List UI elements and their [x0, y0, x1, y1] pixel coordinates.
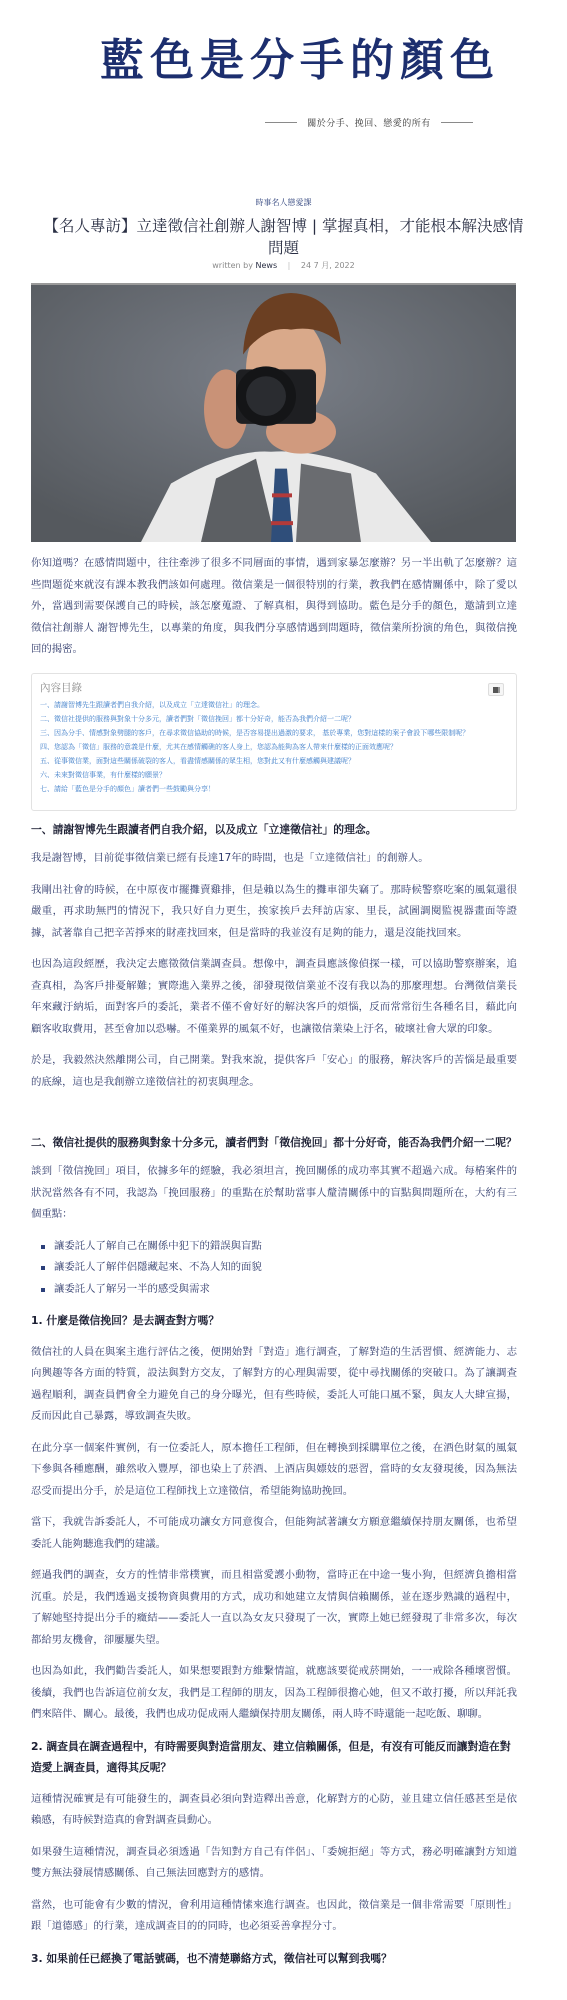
toc-item: 六、未來對徵信事業，有什麼樣的願景？ — [40, 768, 508, 782]
toc-toggle-icon — [493, 687, 500, 693]
post-meta: written by News | 24 7 月, 2022 — [0, 260, 567, 271]
toc-link-7[interactable]: 七、請給「藍色是分手的顏色」讀者們一些鼓勵與分享！ — [40, 785, 215, 793]
section-1: 一、請謝智博先生跟讀者們自我介紹，以及成立「立達徵信社」的理念。 我是謝智博，目… — [31, 820, 517, 1103]
paragraph: 當下，我就告訴委託人，不可能成功讓女方同意復合，但能夠試著讓女方願意繼續保持朋友… — [31, 1512, 517, 1555]
photo-man-with-camera — [31, 285, 516, 542]
site-tagline: 關於分手、挽回、戀愛的所有 — [307, 116, 431, 129]
paragraph: 在此分享一個案件實例，有一位委託人，原本擔任工程師，但在轉換到採購單位之後，在酒… — [31, 1438, 517, 1503]
paragraph: 於是，我毅然決然離開公司，自己開業。對我來說，提供客戶「安心」的服務，解決客戶的… — [31, 1050, 517, 1093]
toc-item: 七、請給「藍色是分手的顏色」讀者們一些鼓勵與分享！ — [40, 782, 508, 796]
paragraph: 徵信社的人員在與案主進行評估之後，便開始對「對造」進行調查，了解對造的生活習慣、… — [31, 1342, 517, 1428]
question-1-heading: 1. 什麼是徵信挽回？是去調查對方嗎？ — [31, 1310, 517, 1332]
toc-link-2[interactable]: 二、徵信社提供的服務與對象十分多元，讀者們對「徵信挽回」都十分好奇，能否為我們介… — [40, 715, 355, 723]
toc-link-1[interactable]: 一、請謝智博先生跟讀者們自我介紹，以及成立「立達徵信社」的理念。 — [40, 701, 264, 709]
site-logo[interactable]: 藍色是分手的顏色 — [100, 24, 480, 88]
toc-title: 內容目錄 — [40, 680, 508, 695]
toc-item: 二、徵信社提供的服務與對象十分多元，讀者們對「徵信挽回」都十分好奇，能否為我們介… — [40, 712, 508, 726]
paragraph: 談到「徵信挽回」項目，依據多年的經驗，我必須坦言，挽回關係的成功率其實不超過六成… — [31, 1161, 517, 1226]
paragraph: 我剛出社會的時候，在中原夜市擺攤賣雞排，但是賴以為生的攤車卻失竊了。那時候警察吃… — [31, 880, 517, 945]
written-by-label: written by — [212, 261, 253, 270]
post-category-link[interactable]: 時事名人戀愛課 — [0, 197, 567, 208]
meta-separator: | — [288, 261, 291, 270]
intro-paragraph: 你知道嗎？在感情問題中，往往牽涉了很多不同層面的事情，遇到家暴怎麼辦？另一半出軌… — [31, 553, 517, 661]
toc-link-4[interactable]: 四、您認為「徵信」服務的意義是什麼，尤其在感情觸礁的客人身上，您認為能夠為客人帶… — [40, 743, 397, 751]
toc-link-6[interactable]: 六、未來對徵信事業，有什麼樣的願景？ — [40, 771, 166, 779]
paragraph: 也因為如此，我們勸告委託人，如果想要跟對方維繫情誼，就應該要從戒菸開始，一一戒除… — [31, 1661, 517, 1726]
list-item: 讓委託人了解另一半的感受與需求 — [41, 1279, 517, 1301]
table-of-contents: 內容目錄 一、請謝智博先生跟讀者們自我介紹，以及成立「立達徵信社」的理念。 二、… — [31, 673, 517, 811]
question-3-heading: 3. 如果前任已經換了電話號碼，也不清楚聯絡方式，徵信社可以幫到我嗎？ — [31, 1948, 517, 1970]
key-points-list: 讓委託人了解自己在關係中犯下的錯誤與盲點 讓委託人了解伴侶隱藏起來、不為人知的面… — [41, 1236, 517, 1301]
site-header: 藍色是分手的顏色 關於分手、挽回、戀愛的所有 — [0, 0, 567, 140]
divider — [265, 122, 297, 123]
list-item: 讓委託人了解伴侶隱藏起來、不為人知的面貌 — [41, 1257, 517, 1279]
divider — [441, 122, 473, 123]
toc-link-3[interactable]: 三、因為分手、情感對象劈腿的客戶，在尋求徵信協助的時候，是否容易提出過激的要求，… — [40, 729, 469, 737]
post-date: 24 7 月, 2022 — [301, 261, 355, 270]
paragraph: 我是謝智博，目前從事徵信業已經有長達17年的時間，也是「立達徵信社」的創辦人。 — [31, 848, 517, 870]
toc-item: 四、您認為「徵信」服務的意義是什麼，尤其在感情觸礁的客人身上，您認為能夠為客人帶… — [40, 740, 508, 754]
toc-item: 五、從事徵信業，面對這些關係破裂的客人，看盡情感關係的眾生相，您對此又有什麼感觸… — [40, 754, 508, 768]
paragraph: 也因為這段經歷，我決定去應徵徵信業調查員。想像中，調查員應該像偵探一樣，可以協助… — [31, 954, 517, 1040]
toc-list: 一、請謝智博先生跟讀者們自我介紹，以及成立「立達徵信社」的理念。 二、徵信社提供… — [40, 698, 508, 796]
toc-toggle-button[interactable] — [488, 683, 504, 696]
toc-item: 三、因為分手、情感對象劈腿的客戶，在尋求徵信協助的時候，是否容易提出過激的要求，… — [40, 726, 508, 740]
toc-item: 一、請謝智博先生跟讀者們自我介紹，以及成立「立達徵信社」的理念。 — [40, 698, 508, 712]
paragraph: 如果發生這種情況，調查員必須透過「告知對方自己有伴侶」、「委婉拒絕」等方式，務必… — [31, 1842, 517, 1885]
toc-link-5[interactable]: 五、從事徵信業，面對這些關係破裂的客人，看盡情感關係的眾生相，您對此又有什麼感觸… — [40, 757, 355, 765]
post-title: 【名人專訪】立達徵信社創辦人謝智博 | 掌握真相，才能根本解決感情問題 — [36, 215, 531, 259]
paragraph: 當然，也可能會有少數的情況，會利用這種情愫來進行調查。也因此，徵信業是一個非常需… — [31, 1895, 517, 1938]
featured-image — [31, 283, 516, 542]
section-2-heading: 二、徵信社提供的服務與對象十分多元，讀者們對「徵信挽回」都十分好奇，能否為我們介… — [31, 1133, 517, 1152]
intro-section: 你知道嗎？在感情問題中，往往牽涉了很多不同層面的事情，遇到家暴怎麼辦？另一半出軌… — [31, 553, 517, 671]
paragraph: 這種情況確實是有可能發生的，調查員必須向對造釋出善意，化解對方的心防，並且建立信… — [31, 1789, 517, 1832]
section-2: 二、徵信社提供的服務與對象十分多元，讀者們對「徵信挽回」都十分好奇，能否為我們介… — [31, 1133, 517, 1979]
question-2-heading: 2. 調查員在調查過程中，有時需要與對造當朋友、建立信賴關係，但是，有沒有可能反… — [31, 1736, 517, 1779]
section-1-heading: 一、請謝智博先生跟讀者們自我介紹，以及成立「立達徵信社」的理念。 — [31, 820, 517, 839]
tagline-row: 關於分手、挽回、戀愛的所有 — [265, 116, 473, 129]
list-item: 讓委託人了解自己在關係中犯下的錯誤與盲點 — [41, 1236, 517, 1258]
author-link[interactable]: News — [256, 261, 278, 270]
paragraph: 經過我們的調查，女方的性情非常樸實，而且相當愛護小動物，當時正在中途一隻小狗，但… — [31, 1565, 517, 1651]
